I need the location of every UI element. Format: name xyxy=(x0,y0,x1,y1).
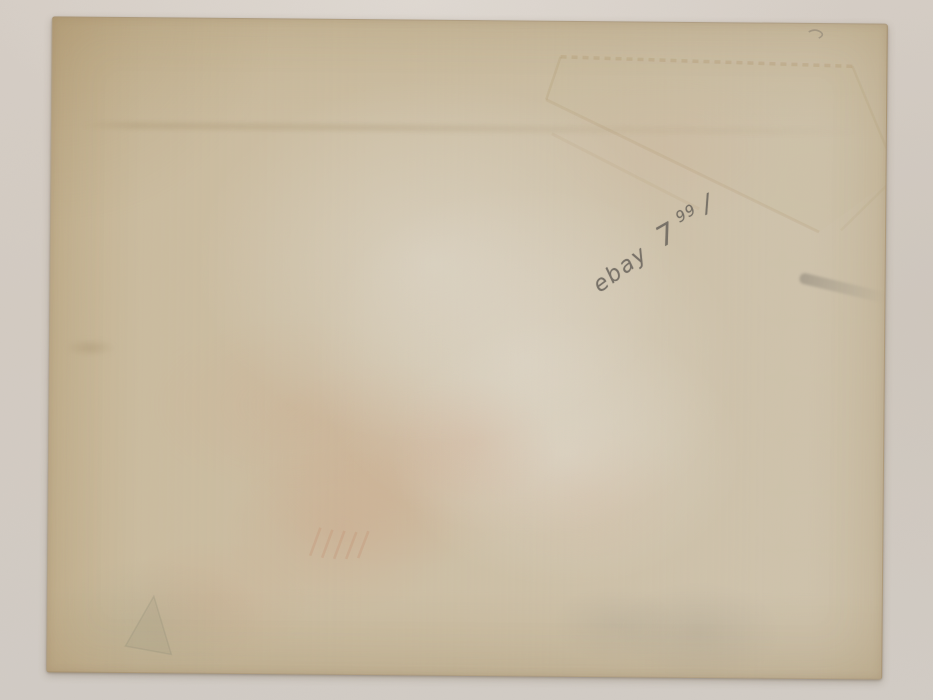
smeared-pencil-streak xyxy=(798,272,886,303)
print-back-paper: ebay 7 99 / xyxy=(46,16,888,679)
left-margin-smudge xyxy=(64,339,116,355)
photo-frame: ebay 7 99 / xyxy=(0,0,933,700)
hatch-bleed-marks xyxy=(310,528,368,560)
corner-scribble xyxy=(809,30,823,38)
handwriting-price-cents: 99 xyxy=(672,200,699,226)
bottom-left-ghost-mark xyxy=(125,596,172,654)
label-impression-ghost xyxy=(47,17,887,678)
horizontal-smudge-band xyxy=(80,122,860,136)
handwriting-tick: / xyxy=(698,188,718,218)
pencil-price-annotation: ebay 7 99 / xyxy=(584,163,759,298)
handwriting-word: ebay xyxy=(588,241,653,298)
